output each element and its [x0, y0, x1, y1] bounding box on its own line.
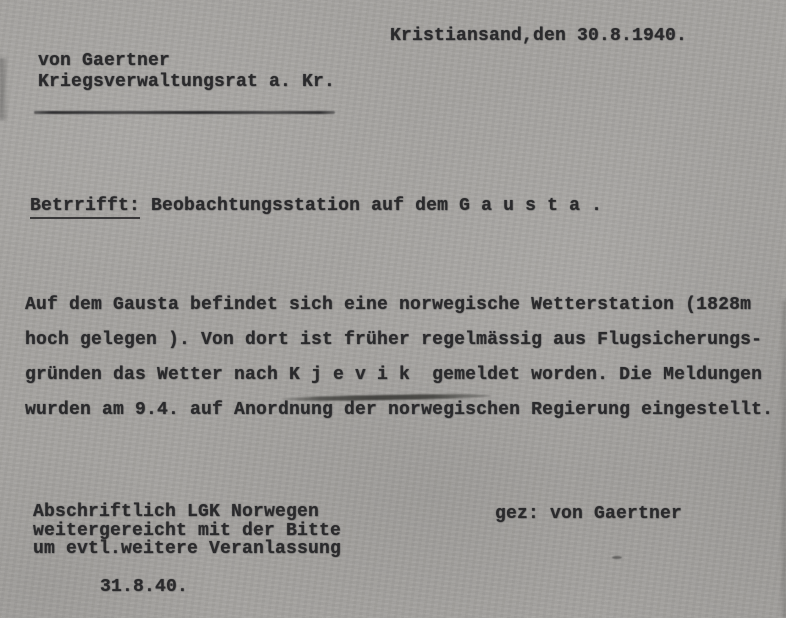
subject-line: Betrrifft: Beobachtungsstation auf dem G… [30, 196, 602, 216]
sender-name: von Gaertner [38, 51, 335, 72]
scan-edge-shade [779, 300, 786, 618]
signature-line: gez: von Gaertner [495, 504, 682, 524]
annotation-line: um evtl.weitere Veranlassung [33, 540, 341, 559]
body-paragraph: Auf dem Gausta befindet sich eine norweg… [25, 288, 773, 428]
annotation-line: Abschriftlich LGK Norwegen [33, 503, 341, 522]
subject-label: Betrrifft: [30, 196, 140, 219]
annotation-date: 31.8.40. [100, 577, 188, 597]
ink-speck [612, 556, 622, 559]
header-rule [34, 111, 335, 114]
annotation-block: Abschriftlich LGK Norwegen weitergereich… [33, 503, 341, 559]
annotation-line: weitergereicht mit der Bitte [33, 522, 341, 541]
scanned-document-page: Kristiansand,den 30.8.1940. von Gaertner… [0, 0, 786, 618]
body-line: gründen das Wetter nach K j e v i k geme… [25, 358, 773, 393]
subject-text: Beobachtungsstation auf dem G a u s t a … [140, 196, 602, 216]
sender-title: Kriegsverwaltungsrat a. Kr. [38, 72, 335, 93]
body-line: hoch gelegen ). Von dort ist früher rege… [25, 323, 773, 358]
scan-edge-streak [0, 58, 9, 120]
date-line: Kristiansand,den 30.8.1940. [390, 26, 687, 46]
sender-block: von Gaertner Kriegsverwaltungsrat a. Kr. [38, 51, 335, 92]
body-line: Auf dem Gausta befindet sich eine norweg… [25, 288, 773, 323]
